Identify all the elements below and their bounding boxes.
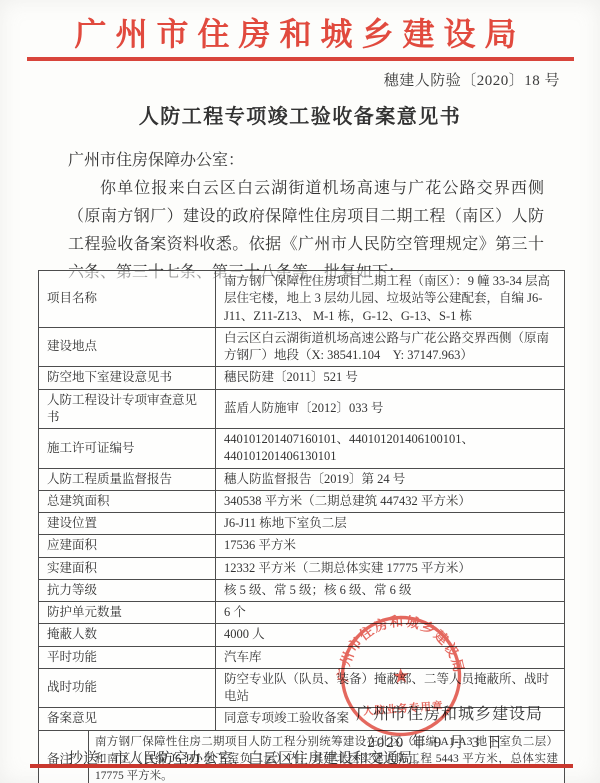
table-row: 实建面积 12332 平方米（二期总体实建 17775 平方米）: [39, 558, 564, 580]
field-label: 实建面积: [39, 558, 216, 579]
footer-double-rule: [30, 764, 573, 768]
field-label: 抗力等级: [39, 580, 216, 601]
field-value: 4000 人: [216, 624, 564, 645]
field-value: 汽车库: [216, 647, 564, 668]
salutation: 广州市住房保障办公室：: [68, 147, 544, 175]
letterhead-double-rule: [27, 57, 574, 61]
field-value: J6-J11 栋地下室负二层: [216, 513, 564, 534]
field-label: 防护单元数量: [39, 602, 216, 623]
table-row: 建设位置 J6-J11 栋地下室负二层: [39, 513, 564, 535]
table-row: 应建面积 17536 平方米: [39, 535, 564, 557]
table-row: 施工许可证编号 440101201407160101、4401012014061…: [39, 429, 564, 469]
field-label: 防空地下室建设意见书: [39, 367, 216, 388]
table-row: 掩蔽人数 4000 人: [39, 624, 564, 646]
field-label: 建设位置: [39, 513, 216, 534]
table-row: 人防工程设计专项审查意见书 蓝盾人防施审〔2012〕033 号: [39, 390, 564, 430]
table-row: 防护单元数量 6 个: [39, 602, 564, 624]
table-row: 平时功能 汽车库: [39, 647, 564, 669]
field-label: 人防工程质量监督报告: [39, 469, 216, 490]
table-row: 总建筑面积 340538 平方米（二期总建筑 447432 平方米）: [39, 491, 564, 513]
field-label: 掩蔽人数: [39, 624, 216, 645]
document-page: 广州市住房和城乡建设局 穗建人防验〔2020〕18 号 人防工程专项竣工验收备案…: [0, 0, 600, 783]
field-value: 6 个: [216, 602, 564, 623]
field-value: 蓝盾人防施审〔2012〕033 号: [216, 390, 564, 429]
field-value: 穗民防建〔2011〕521 号: [216, 367, 564, 388]
field-label: 战时功能: [39, 669, 216, 708]
table-row: 防空地下室建设意见书 穗民防建〔2011〕521 号: [39, 367, 564, 389]
field-value: 440101201407160101、440101201406100101、44…: [216, 429, 564, 468]
field-label: 项目名称: [39, 271, 216, 327]
field-value: 17536 平方米: [216, 535, 564, 556]
table-row: 建设地点 白云区白云湖街道机场高速公路与广花公路交界西侧（原南方钢厂）地段（X:…: [39, 328, 564, 368]
field-label: 施工许可证编号: [39, 429, 216, 468]
letterhead-agency-name: 广州市住房和城乡建设局: [0, 9, 600, 55]
field-value: 白云区白云湖街道机场高速公路与广花公路交界西侧（原南方钢厂）地段（X: 3854…: [216, 328, 564, 367]
document-number: 穗建人防验〔2020〕18 号: [384, 69, 560, 90]
field-label: 应建面积: [39, 535, 216, 556]
field-value: 穗人防监督报告〔2019〕第 24 号: [216, 469, 564, 490]
field-label: 备案意见: [39, 708, 216, 729]
field-value: 核 5 级、常 5 级；核 6 级、常 6 级: [216, 580, 564, 601]
field-value: 340538 平方米（二期总建筑 447432 平方米）: [216, 491, 564, 512]
signature-agency: 广州市住房和城乡建设局: [356, 701, 543, 724]
field-value: 12332 平方米（二期总体实建 17775 平方米）: [216, 558, 564, 579]
field-label: 总建筑面积: [39, 491, 216, 512]
field-value: 南方钢厂保障性住房项目二期工程（南区）：9 幢 33-34 层高层住宅楼，地上 …: [216, 271, 564, 327]
document-title: 人防工程专项竣工验收备案意见书: [0, 100, 600, 129]
table-row: 抗力等级 核 5 级、常 5 级；核 6 级、常 6 级: [39, 580, 564, 602]
intro-text: 广州市住房保障办公室： 你单位报来白云区白云湖街道机场高速与广花公路交界西侧（原…: [68, 147, 544, 287]
table-row: 项目名称 南方钢厂保障性住房项目二期工程（南区）：9 幢 33-34 层高层住宅…: [39, 271, 564, 328]
field-label: 人防工程设计专项审查意见书: [39, 390, 216, 429]
field-label: 平时功能: [39, 647, 216, 668]
table-row: 人防工程质量监督报告 穗人防监督报告〔2019〕第 24 号: [39, 469, 564, 491]
field-label: 建设地点: [39, 328, 216, 367]
